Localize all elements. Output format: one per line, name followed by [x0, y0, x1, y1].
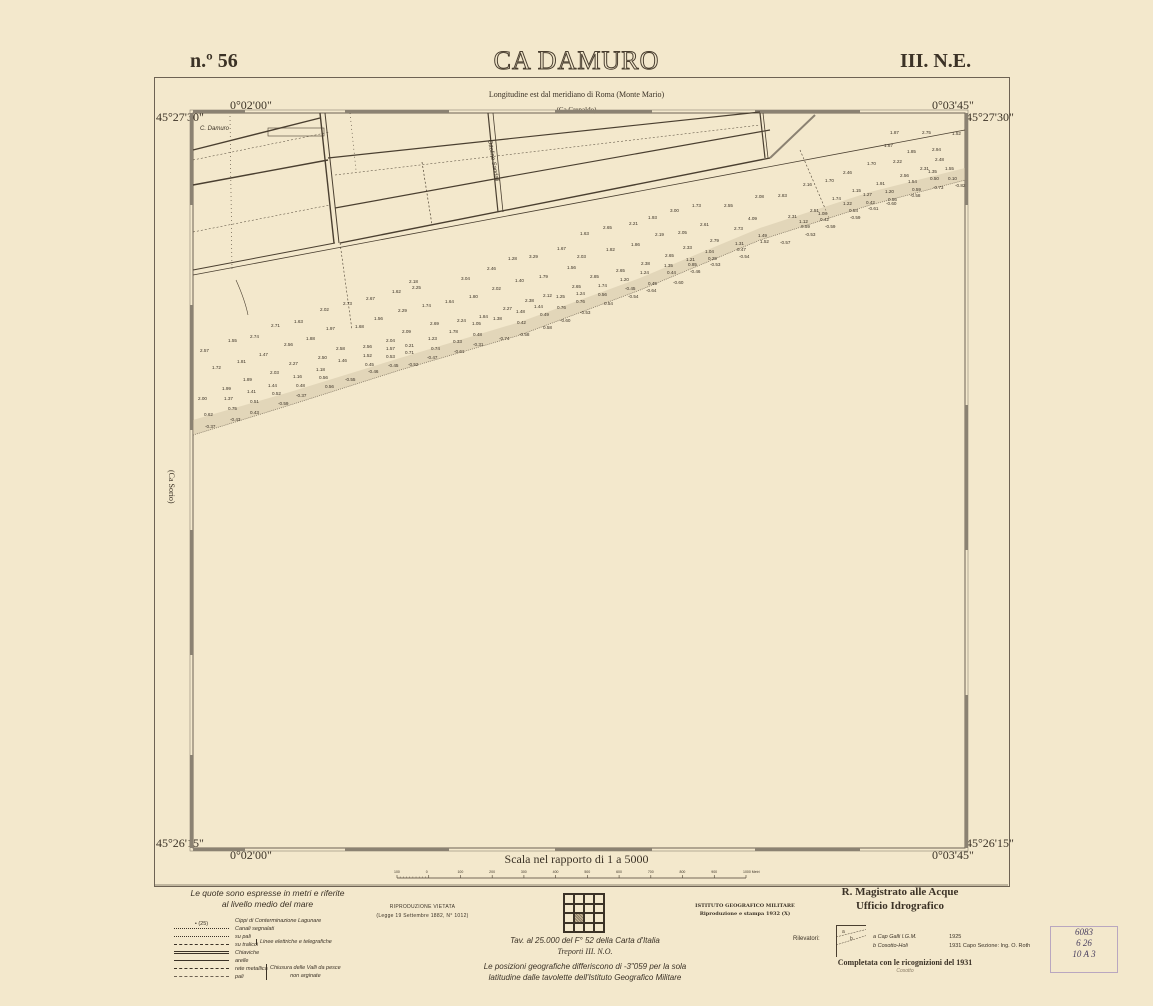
sounding-value: -0.59 [850, 215, 861, 220]
index-cell [574, 904, 584, 914]
sounding-value: 1.63 [580, 231, 589, 236]
sounding-value: 1.68 [355, 324, 364, 329]
reproduction-line1: RIPRODUZIONE VIETATA [370, 903, 475, 912]
sounding-value: 1.57 [386, 346, 395, 351]
sounding-value: 2.27 [289, 361, 298, 366]
completion-note: Completata con le ricognizioni del 1931 [830, 958, 980, 967]
sounding-value: -0.53 [710, 262, 721, 267]
index-cell [584, 913, 594, 923]
sounding-value: 1.62 [392, 289, 401, 294]
wire-net-symbol [174, 968, 229, 969]
pylons-symbol [174, 944, 229, 945]
sounding-value: -0.60 [673, 280, 684, 285]
sounding-value: 0.54 [849, 208, 858, 213]
depth-soundings: 1.872.751.521.871.852.941.702.222.481.55… [198, 130, 966, 429]
sounding-value: 1.15 [852, 188, 861, 193]
sounding-value: 0.54 [604, 301, 613, 306]
authority-line1: R. Magistrato alle Acque [820, 885, 980, 899]
sounding-value: 2.73 [734, 226, 743, 231]
sounding-value: 1.46 [338, 358, 347, 363]
legend-group-valli-line2: non arginate [270, 972, 341, 980]
svg-text:200: 200 [489, 870, 495, 874]
sounding-value: 2.57 [200, 348, 209, 353]
sounding-value: 1.41 [247, 389, 256, 394]
igm-credit: ISTITUTO GEOGRAFICO MILITARE Riproduzion… [690, 902, 800, 918]
stakes-symbol [174, 976, 229, 977]
sounding-value: 0.85 [688, 262, 697, 267]
sounding-value: 0.59 [801, 224, 810, 229]
sounding-value: 2.22 [893, 159, 902, 164]
svg-text:a: a [842, 929, 845, 935]
sounding-value: 1.88 [306, 336, 315, 341]
sounding-value: 0.52 [272, 391, 281, 396]
sounding-value: 2.94 [932, 147, 941, 152]
index-cell [564, 904, 574, 914]
sounding-value: 1.20 [620, 277, 629, 282]
sounding-value: 1.81 [237, 359, 246, 364]
igm-line2: Riproduzione e stampa 1932 (X) [690, 910, 800, 918]
sounding-value: 0.56 [598, 292, 607, 297]
sounding-value: 2.56 [900, 173, 909, 178]
index-cell [594, 923, 604, 933]
sounding-value: -0.82 [955, 183, 966, 188]
sounding-value: -0.46 [368, 369, 379, 374]
sounding-value: 2.24 [457, 318, 466, 323]
index-cell [584, 904, 594, 914]
sounding-value: 1.99 [222, 386, 231, 391]
svg-text:1000 Metri: 1000 Metri [743, 870, 760, 874]
legend-title: Le quote sono espresse in metri e riferi… [160, 888, 375, 910]
index-cell [574, 923, 584, 933]
sounding-value: 0.62 [204, 412, 213, 417]
sounding-value: -0.54 [628, 294, 639, 299]
sounding-value: 2.55 [724, 203, 733, 208]
scale-bar: 10001002003004005006007008009001000 Metr… [394, 870, 760, 878]
sounding-value: 1.72 [212, 365, 221, 370]
index-cell [574, 913, 584, 923]
sounding-value: -0.61 [868, 206, 879, 211]
sounding-value: 1.82 [606, 247, 615, 252]
poles-symbol [174, 936, 229, 937]
sounding-value: 2.74 [250, 334, 259, 339]
sounding-value: 0.49 [540, 312, 549, 317]
reproduction-notice: RIPRODUZIONE VIETATA (Legge 19 Settembre… [370, 903, 475, 921]
stamp-line2: 6 26 [1051, 938, 1117, 949]
legend-label: Canali segnalati [235, 926, 274, 932]
sounding-value: 1.80 [469, 294, 478, 299]
sounding-value: 0.48 [296, 383, 305, 388]
sounding-value: -0.60 [560, 318, 571, 323]
sounding-value: 2.73 [343, 301, 352, 306]
sounding-value: 0.76 [576, 299, 585, 304]
legend-label: Cippi di Conterminazione Lagunare [235, 918, 321, 924]
sounding-value: 2.50 [318, 355, 327, 360]
center-note-tavola: Tav. al 25.000 del F° 52 della Carta d'I… [470, 935, 700, 946]
sounding-value: 1.44 [534, 304, 543, 309]
sounding-value: 1.25 [556, 294, 565, 299]
sounding-value: 0.42 [866, 200, 875, 205]
sounding-value: -0.37 [205, 424, 216, 429]
surveyors-label: Rilevatori: [793, 936, 820, 942]
sounding-value: 3.29 [529, 254, 538, 259]
sounding-value: -0.46 [690, 269, 701, 274]
sounding-value: 0.33 [453, 339, 462, 344]
sounding-value: 1.56 [374, 316, 383, 321]
sounding-value: 2.04 [386, 338, 395, 343]
sounding-value: -0.74 [499, 336, 510, 341]
sounding-value: -0.31 [473, 342, 484, 347]
center-notes: Tav. al 25.000 del F° 52 della Carta d'I… [470, 935, 700, 983]
land-features [193, 112, 965, 330]
surveyor-b: b Cosotto-Holi 1931 Capo Sezione: Ing. O… [873, 942, 1030, 951]
legend-group-valli: Chiusura delle Valli da pesce non argina… [266, 964, 341, 980]
sounding-value: 1.24 [640, 270, 649, 275]
sounding-value: 1.56 [567, 265, 576, 270]
sluice-symbol [174, 951, 229, 954]
sounding-value: 1.85 [907, 149, 916, 154]
sounding-value: 0.42 [517, 320, 526, 325]
index-cell [584, 894, 594, 904]
igm-line1: ISTITUTO GEOGRAFICO MILITARE [690, 902, 800, 910]
svg-text:900: 900 [711, 870, 717, 874]
index-cell [564, 923, 574, 933]
sounding-value: 1.74 [598, 283, 607, 288]
legend-title-line1: Le quote sono espresse in metri e riferi… [160, 888, 375, 899]
completion-signature: Cosotto [830, 968, 980, 974]
sounding-value: -0.57 [780, 240, 791, 245]
sounding-value: -0.59 [825, 224, 836, 229]
sounding-value: 1.44 [268, 383, 277, 388]
sounding-value: 1.08 [818, 211, 827, 216]
svg-text:500: 500 [584, 870, 590, 874]
neatline-border [190, 110, 968, 851]
sounding-value: 1.87 [884, 143, 893, 148]
sounding-value: 0.58 [543, 325, 552, 330]
sounding-value: 0.74 [431, 346, 440, 351]
sounding-value: 1.37 [224, 396, 233, 401]
sounding-value: -0.53 [805, 232, 816, 237]
sounding-value: 2.02 [320, 307, 329, 312]
sounding-value: 2.79 [710, 238, 719, 243]
sounding-value: 0.50 [930, 176, 939, 181]
svg-text:100: 100 [457, 870, 463, 874]
sounding-value: 0.47 [737, 247, 746, 252]
sounding-value: 1.97 [326, 326, 335, 331]
scale-title: Scala nel rapporto di 1 a 5000 [0, 852, 1153, 867]
sounding-value: 1.89 [243, 377, 252, 382]
sounding-value: 1.18 [316, 367, 325, 372]
sounding-value: 1.87 [890, 130, 899, 135]
sounding-value: 1.22 [843, 201, 852, 206]
sounding-value: -0.61 [454, 349, 465, 354]
sounding-value: 2.21 [629, 221, 638, 226]
sounding-value: 2.56 [363, 344, 372, 349]
sounding-value: 2.25 [412, 285, 421, 290]
sounding-value: 1.70 [867, 161, 876, 166]
legend-group-valli-line1: Chiusura delle Valli da pesce [270, 964, 341, 972]
sounding-value: 0.53 [386, 354, 395, 359]
sounding-value: 1.64 [445, 299, 454, 304]
sounding-value: 1.63 [294, 319, 303, 324]
sounding-value: 0.59 [912, 187, 921, 192]
sounding-value: 1.70 [825, 178, 834, 183]
sounding-value: 0.21 [405, 343, 414, 348]
survey-diagram: a b [836, 925, 866, 957]
sounding-value: 2.18 [409, 279, 418, 284]
sounding-value: 2.71 [271, 323, 280, 328]
index-cell [584, 923, 594, 933]
reproduction-line2: (Legge 19 Settembre 1882, N° 1012) [370, 912, 475, 921]
sounding-value: 2.12 [543, 293, 552, 298]
place-label: Ottoline Sandali [486, 139, 499, 182]
sounding-value: 2.38 [641, 261, 650, 266]
sounding-value: 2.46 [843, 170, 852, 175]
sounding-value: 1.78 [449, 329, 458, 334]
sounding-value: 1.35 [928, 169, 937, 174]
sounding-value: 1.52 [952, 131, 961, 136]
sounding-value: 1.16 [293, 374, 302, 379]
sounding-value: 2.33 [683, 245, 692, 250]
sounding-value: 2.00 [198, 396, 207, 401]
sounding-value: 0.56 [319, 375, 328, 380]
sounding-value: 0.45 [365, 362, 374, 367]
sounding-value: 2.65 [616, 268, 625, 273]
place-labels: C. DamuroOttoline Sandali [200, 126, 499, 183]
index-cell [594, 904, 604, 914]
sounding-value: 1.93 [648, 215, 657, 220]
legend-group-lines: Linee elettriche e telegrafiche [256, 939, 332, 945]
sounding-value: -0.59 [278, 401, 289, 406]
sounding-value: 2.08 [755, 194, 764, 199]
sounding-value: 1.54 [908, 179, 917, 184]
svg-text:400: 400 [553, 870, 559, 874]
sounding-value: 2.27 [503, 306, 512, 311]
sounding-value: 1.91 [876, 181, 885, 186]
archive-stamp: 6083 6 26 10 A 3 [1050, 926, 1118, 973]
sounding-value: 2.29 [398, 308, 407, 313]
sounding-value: 1.40 [515, 278, 524, 283]
stamp-line3: 10 A 3 [1051, 949, 1117, 960]
sounding-value: -0.73 [933, 185, 944, 190]
sounding-value: -0.55 [345, 377, 356, 382]
sounding-value: 1.73 [692, 203, 701, 208]
sounding-value: 0.10 [948, 176, 957, 181]
sounding-value: 1.24 [576, 291, 585, 296]
sounding-value: 2.03 [577, 254, 586, 259]
reed-fence-symbol [174, 960, 229, 961]
svg-text:700: 700 [648, 870, 654, 874]
center-note-positions-2: latitudine dalle tavolette dell'Istituto… [470, 972, 700, 983]
sounding-value: 2.67 [366, 296, 375, 301]
sounding-value: 2.58 [336, 346, 345, 351]
sounding-value: -0.58 [519, 332, 530, 337]
legend-label: arelle [235, 958, 248, 964]
legend-label: pali [235, 974, 244, 980]
sounding-value: 1.04 [705, 249, 714, 254]
sounding-value: 0.71 [405, 350, 414, 355]
sounding-value: 0.48 [473, 332, 482, 337]
authority-block: R. Magistrato alle Acque Ufficio Idrogra… [820, 885, 980, 913]
sounding-value: 1.67 [557, 246, 566, 251]
sounding-value: 1.52 [363, 353, 372, 358]
sounding-value: 1.74 [832, 196, 841, 201]
sounding-value: 0.76 [557, 305, 566, 310]
center-note-positions-1: Le posizioni geografiche differiscono di… [470, 961, 700, 972]
sounding-value: 1.74 [422, 303, 431, 308]
canal-symbol [174, 928, 229, 929]
sounding-value: 2.85 [590, 274, 599, 279]
sounding-value: 1.28 [508, 256, 517, 261]
surveyor-a: a Cap Galli I.G.M. 1925 [873, 933, 1030, 942]
index-cell [564, 913, 574, 923]
sounding-value: 2.38 [525, 298, 534, 303]
sounding-value: 4.09 [748, 216, 757, 221]
sounding-value: 1.35 [664, 263, 673, 268]
svg-text:b: b [850, 936, 853, 942]
sounding-value: 1.84 [479, 314, 488, 319]
sounding-value: 2.65 [572, 284, 581, 289]
index-cell [594, 913, 604, 923]
sounding-value: -0.54 [739, 254, 750, 259]
sounding-value: -0.47 [427, 355, 438, 360]
sounding-value: 2.31 [788, 214, 797, 219]
sounding-value: 1.20 [885, 189, 894, 194]
sounding-value: 2.19 [655, 232, 664, 237]
sounding-value: 1.79 [539, 274, 548, 279]
sounding-value: 3.00 [670, 208, 679, 213]
sounding-value: 1.55 [228, 338, 237, 343]
sounding-value: 1.86 [631, 242, 640, 247]
sounding-value: 0.29 [708, 256, 717, 261]
sounding-value: 0.45 [648, 281, 657, 286]
sounding-value: -0.45 [625, 286, 636, 291]
sounding-value: 2.09 [402, 329, 411, 334]
sounding-value: 2.61 [700, 222, 709, 227]
sounding-value: 3.04 [461, 276, 470, 281]
legend-label: Chiaviche [235, 950, 259, 956]
sounding-value: -0.60 [886, 201, 897, 206]
place-label: C. Damuro [200, 126, 230, 132]
svg-text:800: 800 [680, 870, 686, 874]
sounding-value: -0.45 [388, 363, 399, 368]
sounding-value: -0.43 [230, 417, 241, 422]
sounding-value: -0.37 [296, 393, 307, 398]
svg-text:100: 100 [394, 870, 400, 874]
index-cell [564, 894, 574, 904]
sounding-value: 2.65 [665, 253, 674, 258]
svg-text:300: 300 [521, 870, 527, 874]
sheet-index-grid [563, 893, 605, 933]
sounding-value: 1.05 [472, 321, 481, 326]
sounding-value: 0.43 [250, 410, 259, 415]
sounding-value: 1.47 [259, 352, 268, 357]
svg-text:600: 600 [616, 870, 622, 874]
sounding-value: 2.56 [284, 342, 293, 347]
sounding-value: 2.03 [270, 370, 279, 375]
sounding-value: 2.46 [487, 266, 496, 271]
sounding-value: -0.64 [646, 288, 657, 293]
sounding-value: 1.23 [428, 336, 437, 341]
sounding-value: 2.83 [778, 193, 787, 198]
legend-title-line2: al livello medio del mare [160, 899, 375, 910]
legend-label: su tralicci [235, 942, 258, 948]
sounding-value: 2.65 [603, 225, 612, 230]
sounding-value: 2.48 [935, 157, 944, 162]
sounding-value: 0.51 [250, 399, 259, 404]
svg-text:0: 0 [426, 870, 428, 874]
sounding-value: 0.75 [228, 406, 237, 411]
sounding-value: 1.52 [760, 239, 769, 244]
index-cell [594, 894, 604, 904]
legend-label: su pali [235, 934, 251, 940]
sounding-value: -0.53 [580, 310, 591, 315]
stamp-number: 6083 [1051, 927, 1117, 938]
sounding-value: 0.56 [325, 384, 334, 389]
legend-label: rete metallica [235, 966, 268, 972]
sounding-value: -0.52 [408, 362, 419, 367]
sounding-value: 2.69 [430, 321, 439, 326]
authority-line2: Ufficio Idrografico [820, 899, 980, 913]
sounding-value: 1.31 [735, 241, 744, 246]
sounding-value: 2.02 [492, 286, 501, 291]
sounding-value: 1.27 [863, 192, 872, 197]
sounding-value: -0.58 [910, 193, 921, 198]
center-note-treporti: Treporti III. N.O. [470, 946, 700, 957]
sounding-value: 1.48 [516, 309, 525, 314]
sounding-value: 1.38 [493, 316, 502, 321]
surveyors-list: a Cap Galli I.G.M. 1925 b Cosotto-Holi 1… [873, 933, 1030, 951]
sounding-value: 0.42 [820, 217, 829, 222]
sounding-value: 1.55 [945, 166, 954, 171]
sounding-value: 2.05 [678, 230, 687, 235]
sounding-value: 2.75 [922, 130, 931, 135]
sounding-value: 1.49 [758, 233, 767, 238]
sounding-value: 0.44 [667, 270, 676, 275]
index-cell [574, 894, 584, 904]
sounding-value: 2.16 [803, 182, 812, 187]
